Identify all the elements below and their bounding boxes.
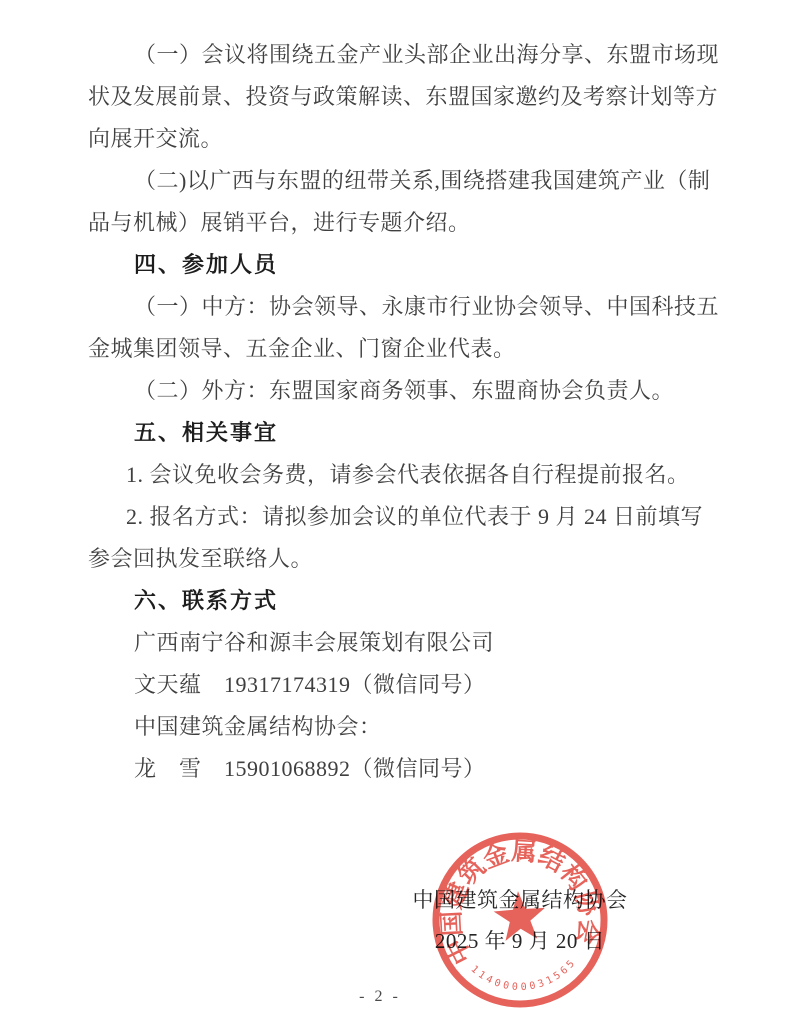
paragraph-line: （一）中方：协会领导、永康市行业协会领导、中国科技五 — [88, 286, 700, 328]
paragraph-line: 金城集团领导、五金企业、门窗企业代表。 — [88, 328, 700, 370]
section-heading-contact: 六、联系方式 — [88, 580, 700, 622]
paragraph-line: 品与机械）展销平台，进行专题介绍。 — [88, 202, 700, 244]
paragraph-line: 参会回执发至联络人。 — [88, 538, 700, 580]
contact-person-line: 文天蕴 19317174319（微信同号） — [88, 664, 700, 706]
paragraph-line: （一）会议将围绕五金产业头部企业出海分享、东盟市场现 — [88, 34, 700, 76]
signature-org: 中国建筑金属结构协会 — [320, 880, 720, 921]
page-number: - 2 - — [0, 988, 760, 1006]
contact-person-line: 龙 雪 15901068892（微信同号） — [88, 748, 700, 790]
section-heading-participants: 四、参加人员 — [88, 244, 700, 286]
document-body: （一）会议将围绕五金产业头部企业出海分享、东盟市场现 状及发展前景、投资与政策解… — [88, 34, 700, 790]
paragraph-line: （二)以广西与东盟的纽带关系,围绕搭建我国建筑产业（制 — [88, 160, 700, 202]
document-page: （一）会议将围绕五金产业头部企业出海分享、东盟市场现 状及发展前景、投资与政策解… — [0, 0, 800, 1036]
paragraph-line: 1. 会议免收会务费，请参会代表依据各自行程提前报名。 — [88, 454, 700, 496]
section-heading-related-matters: 五、相关事宜 — [88, 412, 700, 454]
signature-date: 2025 年 9 月 20 日 — [320, 921, 720, 962]
paragraph-line: 2. 报名方式：请拟参加会议的单位代表于 9 月 24 日前填写 — [88, 496, 700, 538]
contact-company-line: 广西南宁谷和源丰会展策划有限公司 — [88, 622, 700, 664]
paragraph-line: 向展开交流。 — [88, 118, 700, 160]
contact-org-line: 中国建筑金属结构协会： — [88, 706, 700, 748]
paragraph-line: （二）外方：东盟国家商务领事、东盟商协会负责人。 — [88, 370, 700, 412]
signature-block: 中国建筑金属结构协会 2025 年 9 月 20 日 — [320, 880, 720, 962]
paragraph-line: 状及发展前景、投资与政策解读、东盟国家邀约及考察计划等方 — [88, 76, 700, 118]
